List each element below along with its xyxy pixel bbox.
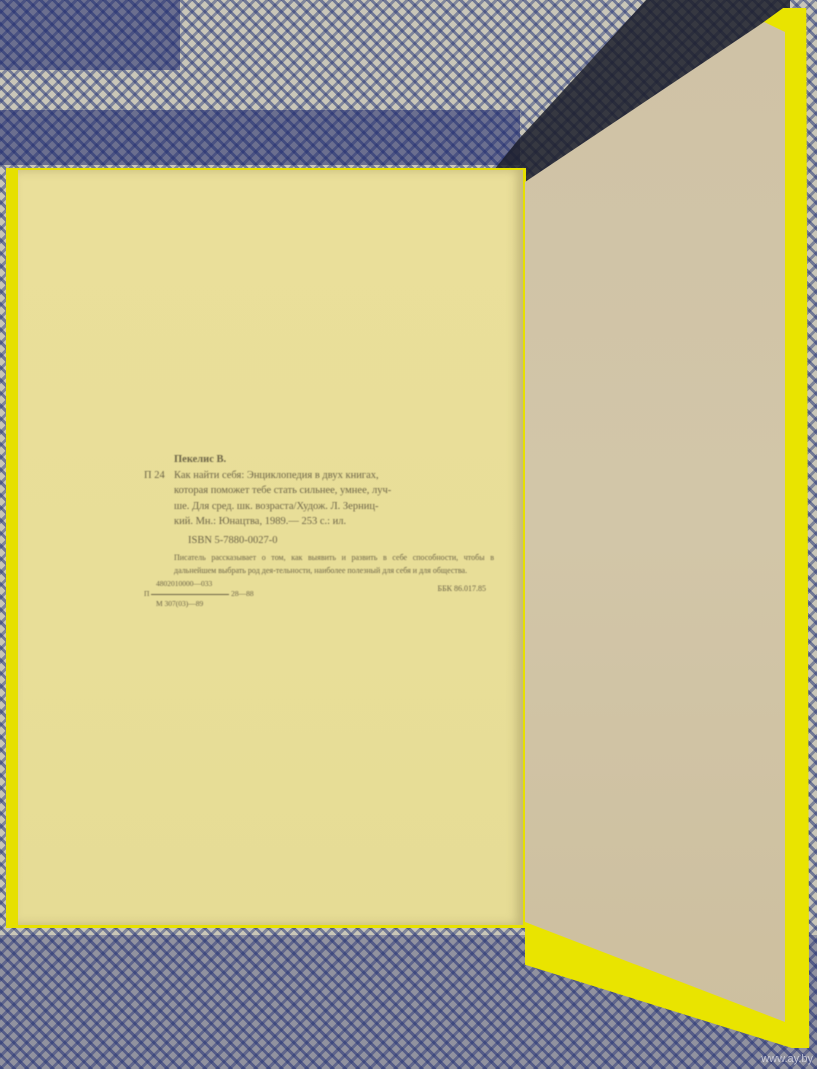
title-line: кий. Мн.: Юнацтва, 1989.— 253 с.: ил. [144,514,494,530]
code-prefix: П [144,589,149,598]
author: Пекелис В. [144,452,494,468]
code-denominator: М 307(03)—89 [144,599,494,609]
bbk-code: ББК 86.017.85 [437,584,486,594]
publication-codes: 4802010000—033 П 28—88 М 307(03)—89 ББК … [144,579,494,609]
fabric-pattern-dark [0,0,180,70]
catalog-code: П 24 [144,468,174,484]
code-suffix: 28—88 [231,589,254,598]
title-line: ше. Для сред. шк. возраста/Худож. Л. Зер… [144,499,494,515]
title-line: которая поможет тебе стать сильнее, умне… [144,483,494,499]
annotation: Писатель рассказывает о том, как выявить… [144,551,494,577]
title-line: Как найти себя: Энциклопедия в двух книг… [174,468,379,484]
bibliographic-imprint: Пекелис В. П 24 Как найти себя: Энциклоп… [144,452,494,577]
book-page-right [525,22,785,1022]
fabric-pattern-dark [0,110,520,165]
watermark: www.ay.by [761,1053,813,1065]
isbn: ISBN 5-7880-0027-0 [144,533,494,549]
fraction-line [151,594,229,595]
